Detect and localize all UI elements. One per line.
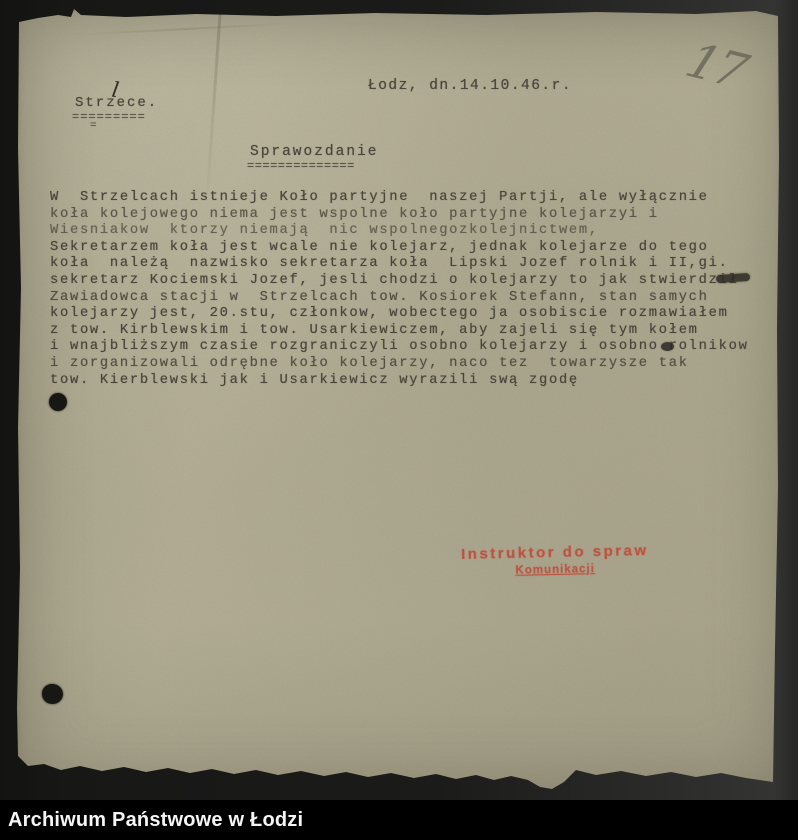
place-underline: ========= [72,110,146,124]
paper-crease [76,22,296,36]
body-line: tow. Kierblewski jak i Usarkiewicz wyraz… [50,373,749,390]
rubber-stamp: Instruktor do spraw Komunikacji [440,542,671,579]
body-line: i wnajbliższym czasie rozgraniczyli osob… [50,339,749,356]
scan-backdrop: Łodz, dn.14.10.46.r. Strzece. l ========… [0,0,798,840]
report-body: W Strzelcach istnieje Koło partyjne nasz… [50,190,749,389]
page-number-pencil: 17 [678,33,753,99]
place-underline-stray: = [90,120,97,132]
hole-punch [49,393,67,411]
body-line: Zawiadowca stacji w Strzelcach tow. Kosi… [50,290,749,307]
body-line: i zorganizowali odrębne koło kolejarzy, … [50,356,749,373]
body-line: koła kolejowego niema jest wspolne koło … [50,207,749,224]
body-line: Sekretarzem koła jest wcale nie kolejarz… [50,240,749,257]
stamp-text-line2: Komunikacji [440,562,670,579]
body-line: Wiesniakow ktorzy niemają nic wspolnegoz… [50,223,749,240]
report-title-underline: ============== [247,159,355,173]
ink-smudge [661,342,674,351]
report-title: Sprawozdanie [250,144,378,160]
stamp-text-line1: Instruktor do spraw [440,542,670,564]
archive-caption: Archiwum Państwowe w Łodzi [0,800,303,840]
body-line: kolejarzy jest, 20.stu, członkow, wobect… [50,306,749,323]
body-line: koła należą nazwisko sekretarza koła Lip… [50,256,749,273]
body-line: W Strzelcach istnieje Koło partyjne nasz… [50,190,749,207]
date-line: Łodz, dn.14.10.46.r. [368,78,572,94]
paper-grain-texture [16,8,782,794]
archive-footer-bar: Archiwum Państwowe w Łodzi [0,800,798,840]
document-page: Łodz, dn.14.10.46.r. Strzece. l ========… [16,8,782,794]
paper-crease [205,8,222,208]
hole-punch [42,684,63,704]
body-line: z tow. Kirblewskim i tow. Usarkiewiczem,… [50,323,749,340]
body-line: sekretarz Kociemski Jozef, jesli chodzi … [50,273,749,290]
